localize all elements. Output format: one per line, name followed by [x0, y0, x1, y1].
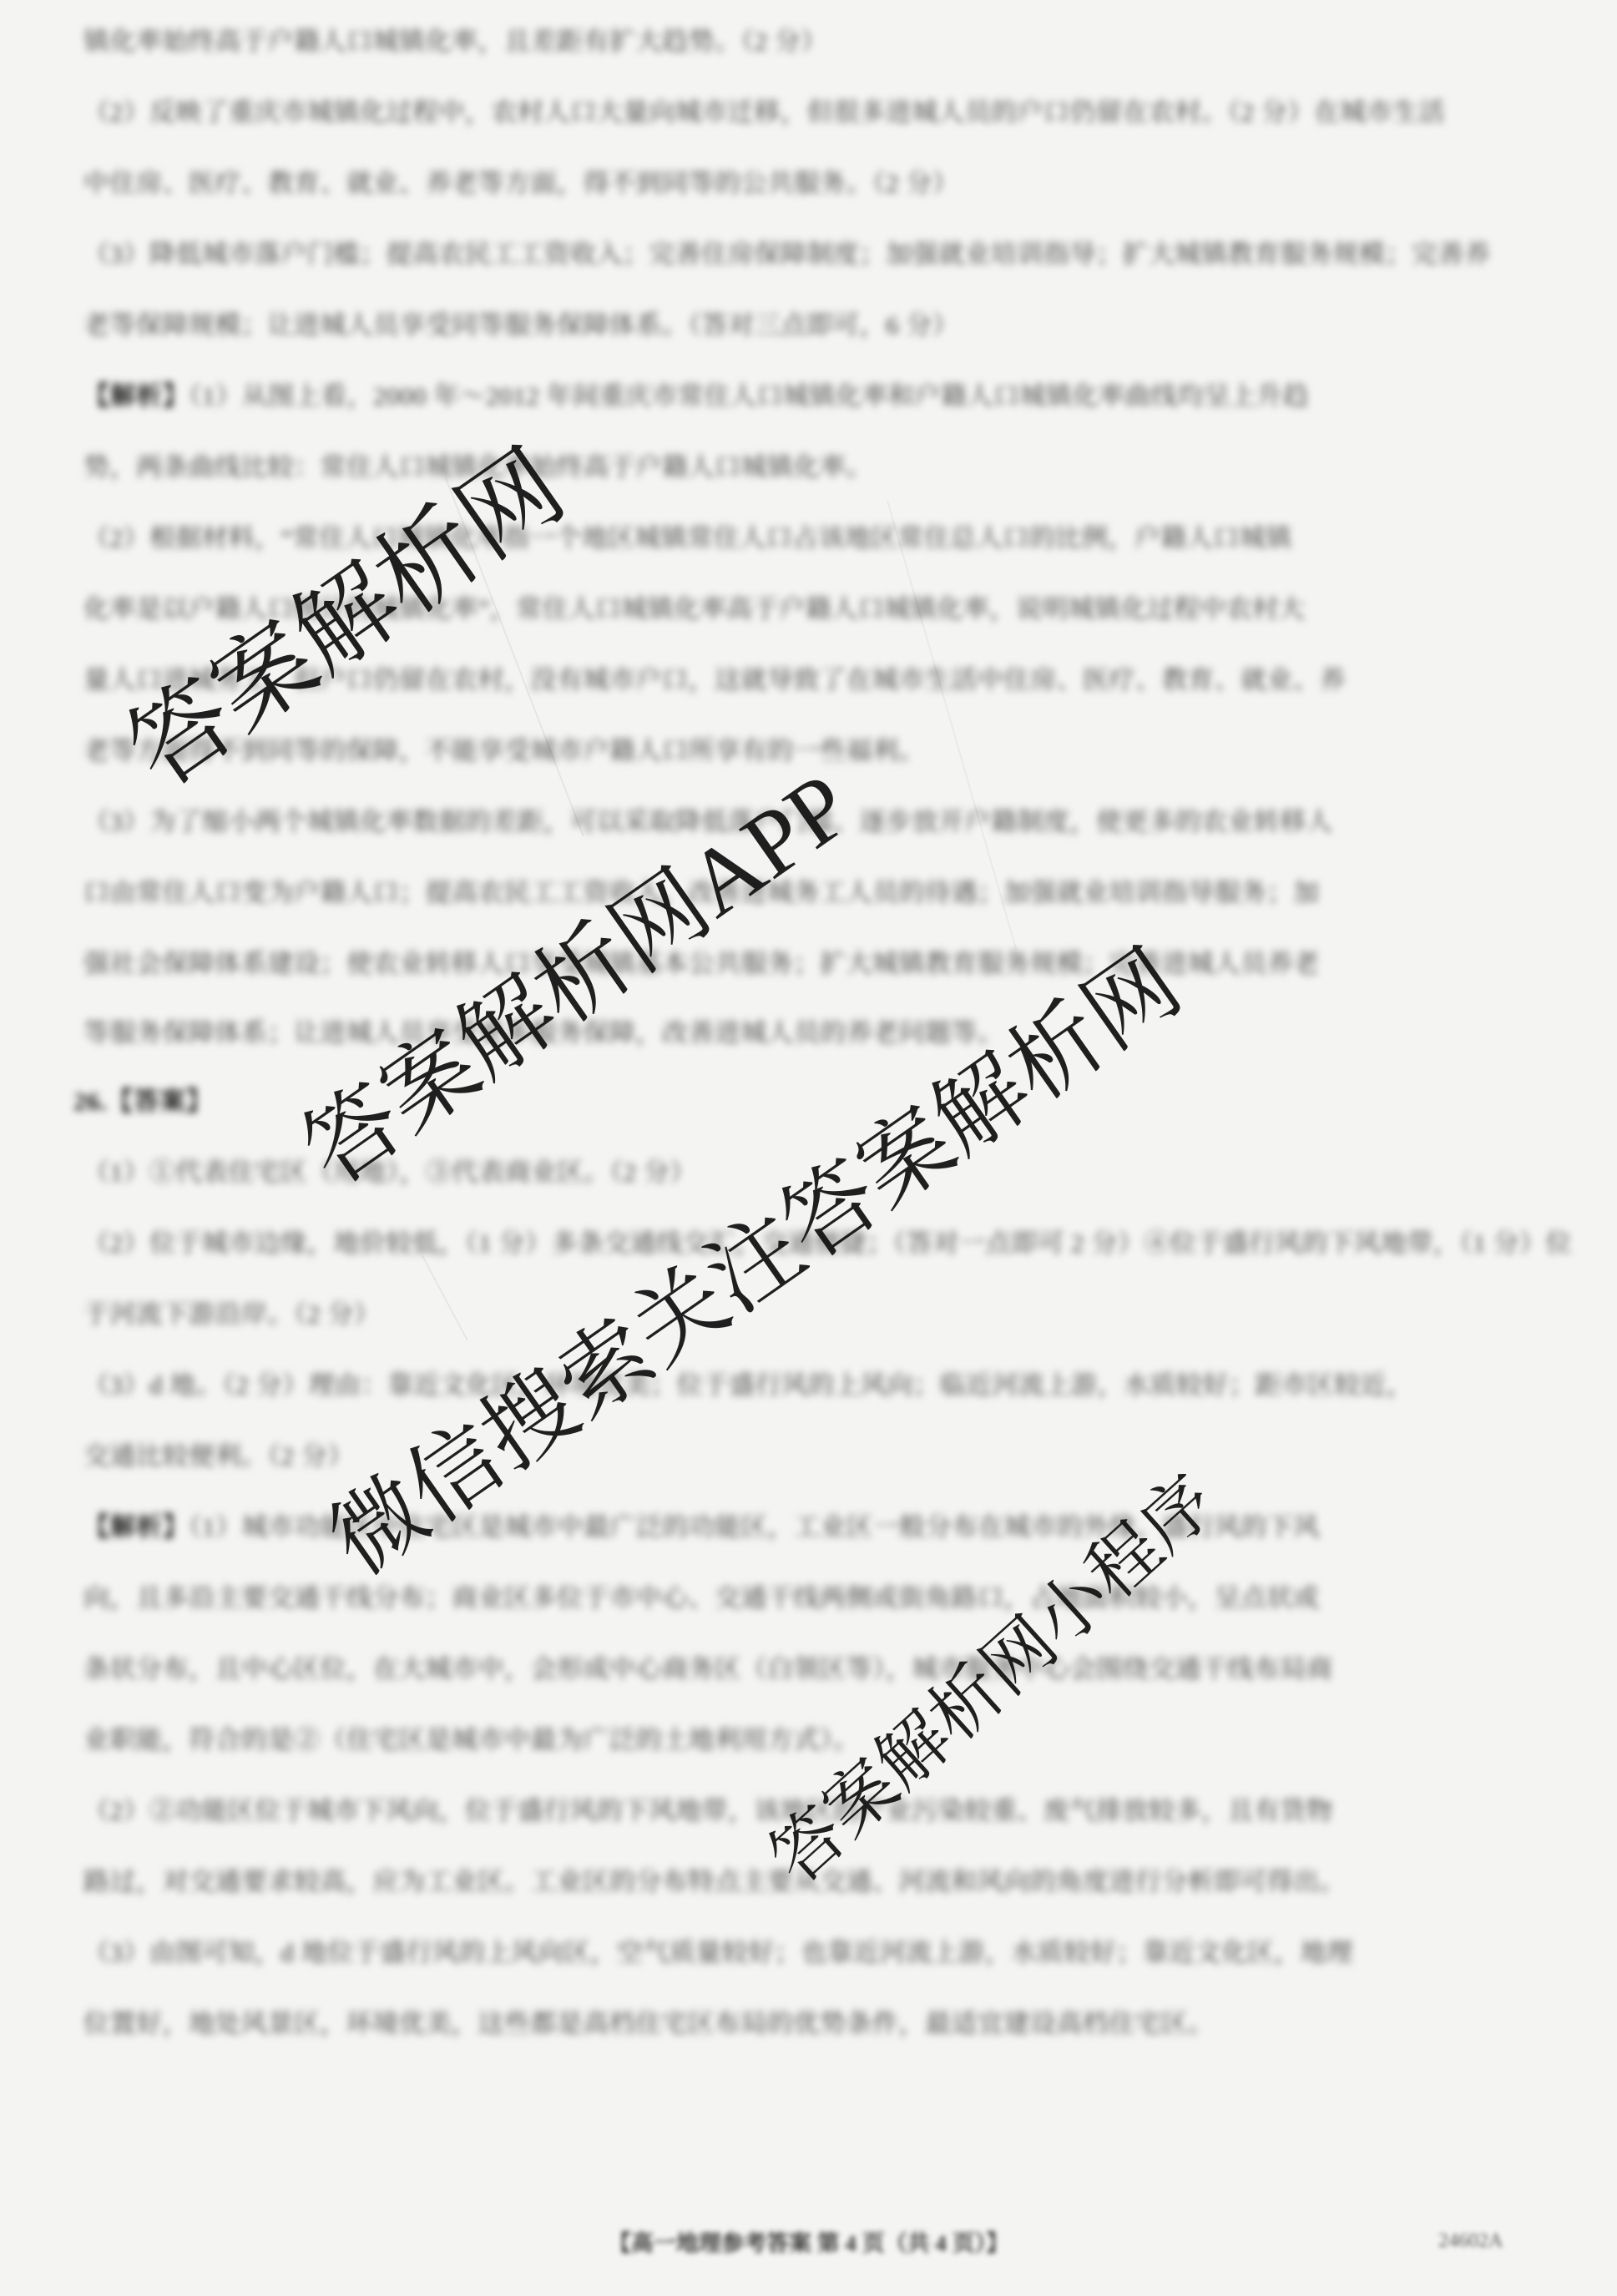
line-text: （3）降低城市落户门槛；提高农民工工资收入；完善住房保障制度；加强就业培训指导；…: [83, 240, 1491, 269]
line-text: 中住房、医疗、教育、就业、养老等方面，得不到同等的公共服务。（2 分）: [83, 169, 958, 198]
line-text: 业职能，符合的是②（住宅区是城市中最为广泛的土地利用方式）。: [83, 1725, 860, 1754]
line-text: 老等保障规模；让进城人员享受同等服务保障体系。（答对三点即可，6 分）: [83, 310, 958, 340]
text-line: 强社会保障体系建设；使农业转移人口享受城镇基本公共服务；扩大城镇教育服务规模；完…: [83, 947, 1571, 987]
text-line: （2）反映了重庆市城镇化过程中，农村人口大量向城市迁移，但很多进城人员的户口仍留…: [83, 96, 1571, 136]
line-text: 交通比较便利。（2 分）: [83, 1441, 354, 1471]
line-text: 位置好，地处风景区，环境优美，这些都是高档住宅区布局的优势条件，最适宜建设高档住…: [83, 2009, 1215, 2038]
line-text: （1）从图上看，2000 年～2012 年间重庆市常住人口城镇化率和户籍人口城镇…: [189, 381, 1309, 411]
text-line: 中住房、医疗、教育、就业、养老等方面，得不到同等的公共服务。（2 分）: [83, 167, 1571, 207]
scanned-answer-page: 镇化率始终高于户籍人口城镇化率，且差距有扩大趋势。（2 分） （2）反映了重庆市…: [0, 0, 1617, 2296]
text-line: 势，两条曲线比较：常住人口城镇化率始终高于户籍人口城镇化率。: [83, 451, 1571, 491]
analysis-label: 【解析】: [83, 381, 189, 411]
text-line: 业职能，符合的是②（住宅区是城市中最为广泛的土地利用方式）。: [83, 1723, 1571, 1764]
text-line: 镇化率始终高于户籍人口城镇化率，且差距有扩大趋势。（2 分）: [83, 25, 1571, 65]
text-line: 交通比较便利。（2 分）: [83, 1440, 1571, 1480]
line-text: 于河流下游沿岸。（2 分）: [83, 1299, 380, 1329]
text-line: 口由常住人口变为户籍人口；提高农民工工资收入，改善进城务工人员的待遇；加强就业培…: [83, 876, 1571, 916]
line-text: （3）由图可知，d 地位于盛行风的上风向区，空气质量较好；也靠近河流上游，水质较…: [83, 1938, 1353, 1967]
text-line: 于河流下游沿岸。（2 分）: [83, 1298, 1571, 1338]
analysis-label: 【解析】: [83, 1512, 189, 1542]
text-line: 位置好，地处风景区，环境优美，这些都是高档住宅区布局的优势条件，最适宜建设高档住…: [83, 2007, 1571, 2047]
line-text: 路过，对交通要求较高，应为工业区。工业区的分布特点主要从交通、河流和风向的角度进…: [83, 1867, 1346, 1896]
footer-paper-code: 24602A: [1438, 2230, 1503, 2253]
text-line: （3）d 地。（2 分）理由：靠近文化区，环境优美；位于盛行风的上风向；临近河流…: [83, 1369, 1571, 1409]
line-text: （2）反映了重庆市城镇化过程中，农村人口大量向城市迁移，但很多进城人员的户口仍留…: [83, 98, 1445, 127]
text-line: 老等方面得不到同等的保障，不能享受城市户籍人口所享有的一些福利。: [83, 734, 1571, 775]
text-line: （2）根据材料，“常住人口城镇化率指一个地区城镇常住人口占该地区常住总人口的比例…: [83, 522, 1571, 562]
line-text: （3）d 地。（2 分）理由：靠近文化区，环境优美；位于盛行风的上风向；临近河流…: [83, 1370, 1413, 1400]
text-line: （3）降低城市落户门槛；提高农民工工资收入；完善住房保障制度；加强就业培训指导；…: [83, 238, 1571, 278]
line-text: 镇化率始终高于户籍人口城镇化率，且差距有扩大趋势。（2 分）: [83, 27, 827, 56]
text-line: 等服务保障体系；让进城人员享受更多服务保障，改善进城人员的养老问题等。: [83, 1017, 1571, 1057]
text-line: （3）由图可知，d 地位于盛行风的上风向区，空气质量较好；也靠近河流上游，水质较…: [83, 1936, 1571, 1976]
line-text: （2）②功能区位于城市下风向，位于盛行风的下风地带，该地区的产业污染较重、废气排…: [83, 1796, 1333, 1825]
text-line: 【解析】（1）从图上看，2000 年～2012 年间重庆市常住人口城镇化率和户籍…: [83, 380, 1571, 420]
text-line: 向，且多沿主要交通干线分布；商业区多位于市中心、交通干线两侧或街角路口，占地面积…: [83, 1582, 1571, 1622]
text-line: 【解析】（1）城市功能区中住宅区是城市中最广泛的功能区，工业区一般分布在城市的外…: [83, 1511, 1571, 1551]
footer-page-info: 【高一地理参考答案 第 4 页（共 4 页）】: [609, 2225, 1008, 2258]
line-text: （2）根据材料，“常住人口城镇化率指一个地区城镇常住人口占该地区常住总人口的比例…: [83, 523, 1292, 553]
text-line: 老等保障规模；让进城人员享受同等服务保障体系。（答对三点即可，6 分）: [83, 309, 1571, 349]
answer-label: 26.【答案】: [73, 1087, 212, 1116]
line-text: 条状分布，且中心区位，在大城市中，会形成中心商务区（白领区等），城市服务中心会围…: [83, 1654, 1333, 1683]
text-line: 条状分布，且中心区位，在大城市中，会形成中心商务区（白领区等），城市服务中心会围…: [83, 1653, 1571, 1693]
